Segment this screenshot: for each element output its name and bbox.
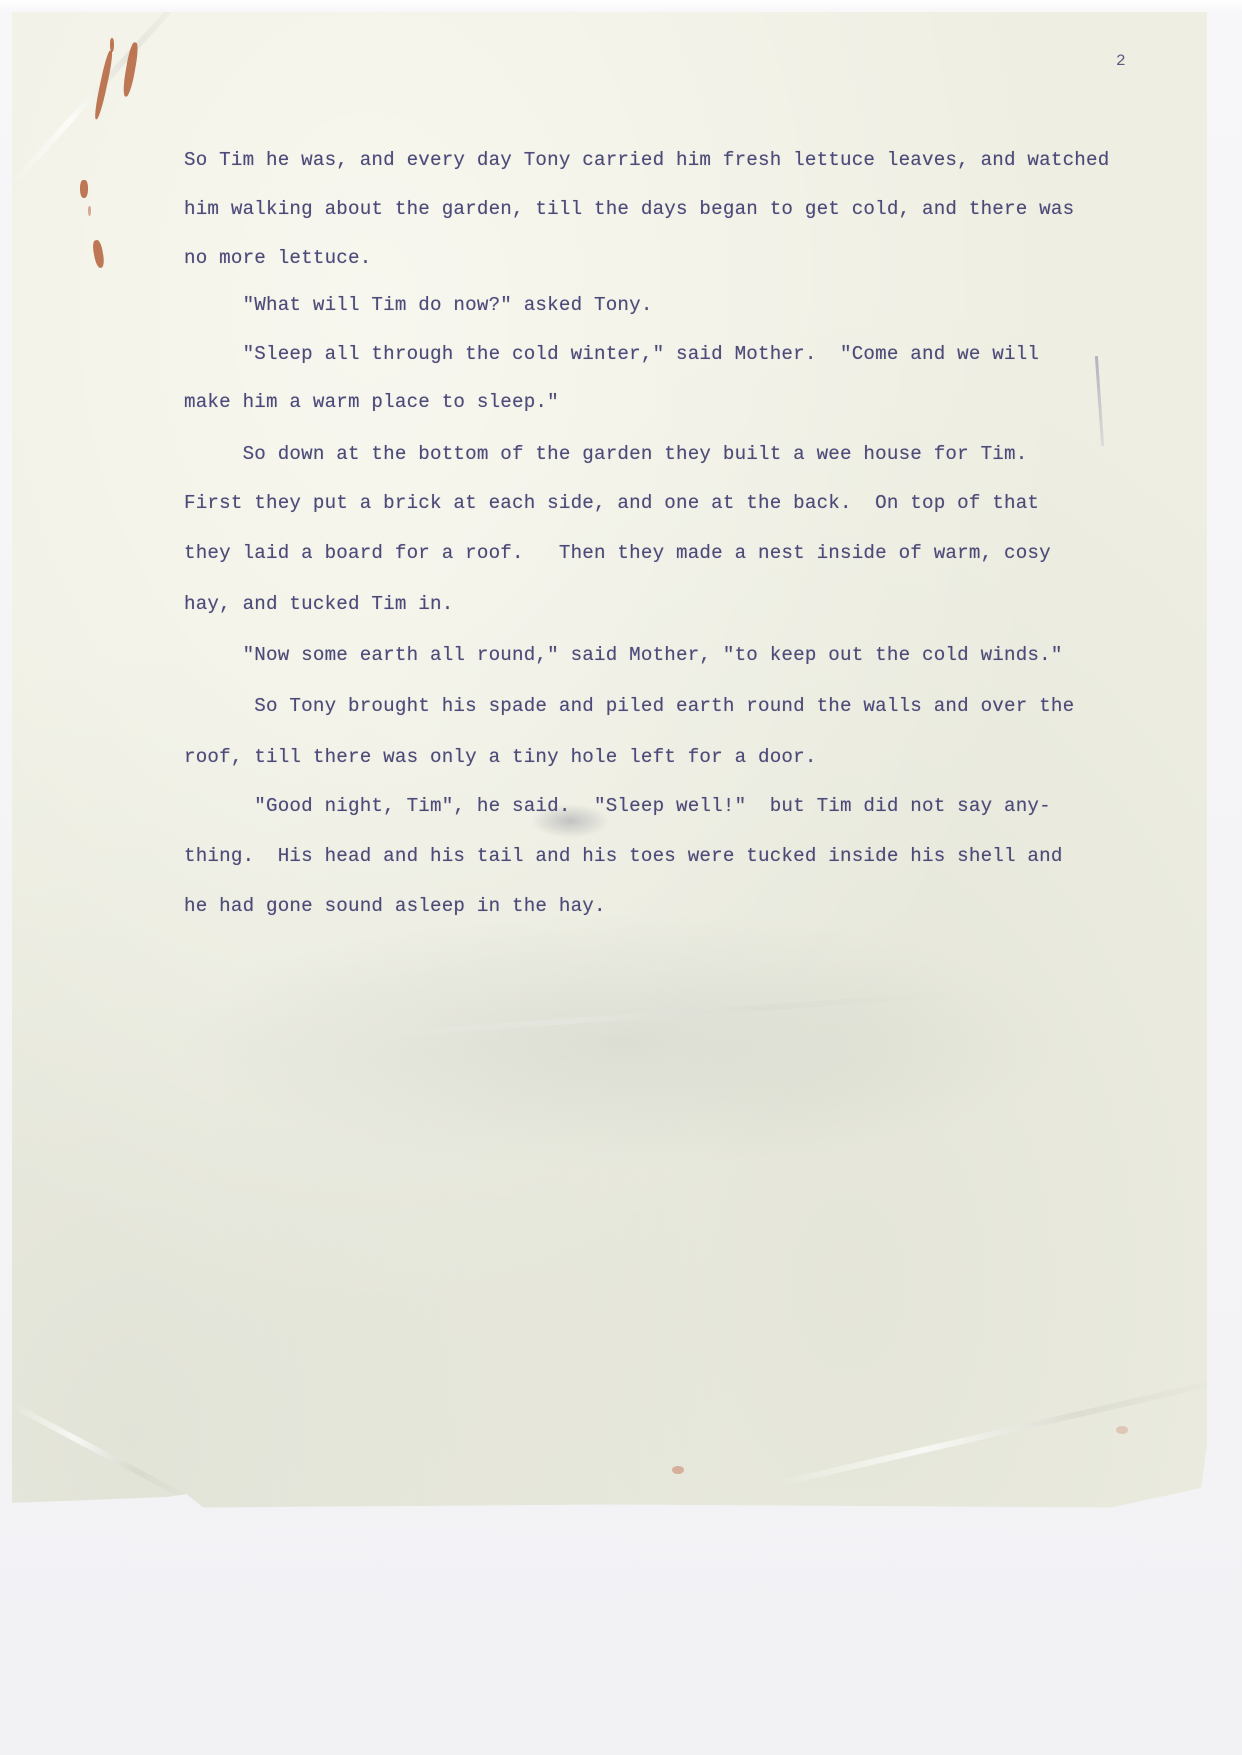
paper-discoloration [172, 912, 1072, 1172]
rust-stain [80, 180, 88, 198]
paper-crease [771, 1376, 1230, 1488]
text-line: hay, and tucked Tim in. [184, 592, 453, 616]
text-line: they laid a board for a roof. Then they … [184, 541, 1051, 565]
rust-spot [1116, 1426, 1128, 1434]
text-line: "Sleep all through the cold winter," sai… [184, 342, 1039, 366]
text-line: "Good night, Tim", he said. "Sleep well!… [184, 794, 1051, 818]
text-line: he had gone sound asleep in the hay. [184, 894, 606, 918]
text-line: "What will Tim do now?" asked Tony. [184, 293, 653, 317]
text-line: him walking about the garden, till the d… [184, 197, 1074, 221]
rust-spot [672, 1466, 684, 1474]
rust-stain [88, 206, 91, 216]
page-number: 2 [1116, 52, 1126, 70]
text-line: So Tim he was, and every day Tony carrie… [184, 148, 1109, 172]
text-line: "Now some earth all round," said Mother,… [184, 643, 1063, 667]
rust-stain [110, 38, 114, 52]
text-line: thing. His head and his tail and his toe… [184, 844, 1063, 868]
text-line: no more lettuce. [184, 246, 371, 270]
text-line: make him a warm place to sleep." [184, 390, 559, 414]
text-line: roof, till there was only a tiny hole le… [184, 745, 817, 769]
text-line: So Tony brought his spade and piled eart… [184, 694, 1074, 718]
text-line: First they put a brick at each side, and… [184, 491, 1039, 515]
text-line: So down at the bottom of the garden they… [184, 442, 1027, 466]
paper-crease [11, 1402, 199, 1506]
